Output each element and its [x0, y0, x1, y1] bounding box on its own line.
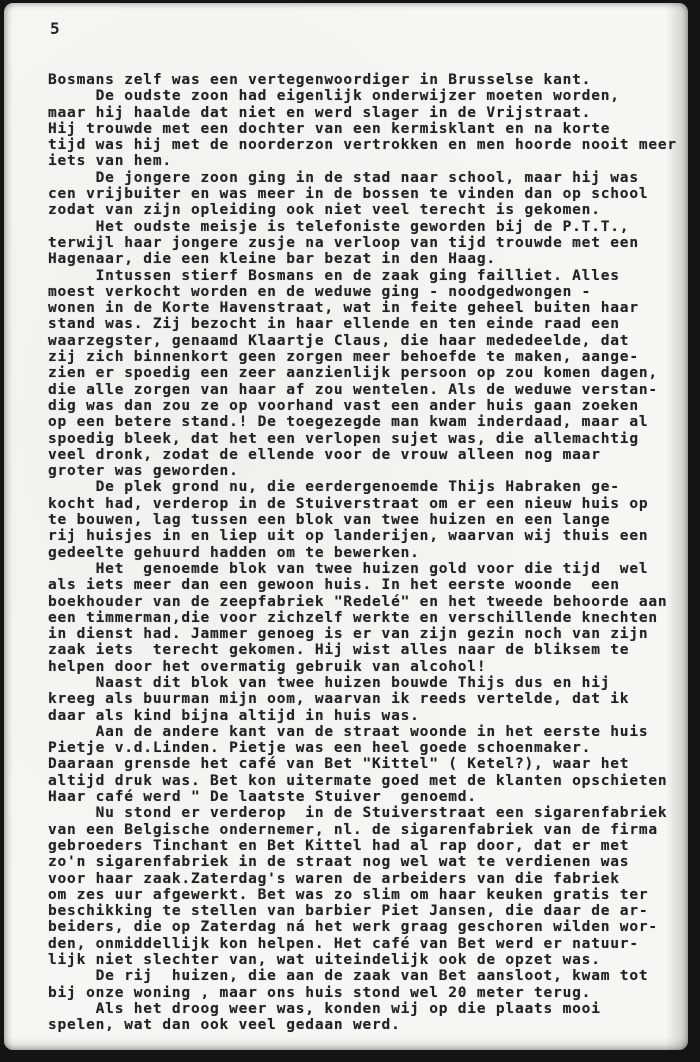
- text-line: Hagenaar, die een kleine bar bezat in de…: [48, 251, 684, 267]
- text-line: veel dronk, zodat de ellende voor de vro…: [48, 447, 684, 463]
- text-line: stand was. Zij bezocht in haar ellende e…: [48, 316, 684, 332]
- text-line: Als het droog weer was, konden wij op di…: [48, 1001, 684, 1017]
- text-line: Het oudste meisje is telefoniste geworde…: [48, 219, 684, 235]
- text-line: gedeelte gehuurd hadden om te bewerken.: [48, 545, 684, 561]
- text-line: die alle zorgen van haar af zou wentelen…: [48, 382, 684, 398]
- text-line: Intussen stierf Bosmans en de zaak ging …: [48, 268, 684, 284]
- text-line: spelen, wat dan ook veel gedaan werd.: [48, 1017, 684, 1033]
- text-line: Nu stond er verderop in de Stuiverstraat…: [48, 805, 684, 821]
- text-line: op een betere stand.! De toegezegde man …: [48, 414, 684, 430]
- text-line: wonen in de Korte Havenstraat, wat in fe…: [48, 300, 684, 316]
- text-line: beschikking te stellen van barbier Piet …: [48, 903, 684, 919]
- text-line: Aan de andere kant van de straat woonde …: [48, 724, 684, 740]
- text-block: Bosmans zelf was een vertegenwoordiger i…: [48, 72, 684, 1034]
- document-page: 5 Bosmans zelf was een vertegenwoordiger…: [4, 3, 688, 1050]
- text-line: moest verkocht worden en de weduwe ging …: [48, 284, 684, 300]
- text-line: om zes uur afgewerkt. Bet was zo slim om…: [48, 887, 684, 903]
- text-line: waarzegster, genaamd Klaartje Claus, die…: [48, 333, 684, 349]
- text-line: een timmerman,die voor zichzelf werkte e…: [48, 610, 684, 626]
- text-line: Naast dit blok van twee huizen bouwde Th…: [48, 675, 684, 691]
- text-line: spoedig bleek, dat het een verlopen suje…: [48, 431, 684, 447]
- text-line: zien er spoedig een zeer aanzienlijk per…: [48, 365, 684, 381]
- text-line: te bouwen, lag tussen een blok van twee …: [48, 512, 684, 528]
- text-line: als iets meer dan een gewoon huis. In he…: [48, 577, 684, 593]
- text-line: Bosmans zelf was een vertegenwoordiger i…: [48, 72, 684, 88]
- text-line: boekhouder van de zeepfabriek "Redelé" e…: [48, 594, 684, 610]
- text-line: lijk niet slechter van, wat uiteindelijk…: [48, 952, 684, 968]
- text-line: Haar café werd " De laatste Stuiver geno…: [48, 789, 684, 805]
- text-line: kocht had, verderop in de Stuiverstraat …: [48, 496, 684, 512]
- text-line: altijd druk was. Bet kon uitermate goed …: [48, 773, 684, 789]
- text-line: kreeg als buurman mijn oom, waarvan ik r…: [48, 691, 684, 707]
- text-line: De plek grond nu, die eerdergenoemde Thi…: [48, 479, 684, 495]
- text-line: Hij trouwde met een dochter van een kerm…: [48, 121, 684, 137]
- text-line: De rij huizen, die aan de zaak van Bet a…: [48, 968, 684, 984]
- text-line: zo'n sigarenfabriek in de straat nog wel…: [48, 854, 684, 870]
- text-line: tijd was hij met de noorderzon vertrokke…: [48, 137, 684, 153]
- text-line: groter was geworden.: [48, 463, 684, 479]
- text-line: zaak iets terecht gekomen. Hij wist alle…: [48, 642, 684, 658]
- text-line: voor haar zaak.Zaterdag's waren de arbei…: [48, 871, 684, 887]
- page-number: 5: [50, 19, 60, 38]
- text-line: Het genoemde blok van twee huizen gold v…: [48, 561, 684, 577]
- text-line: rij huisjes in en liep uit op landerijen…: [48, 528, 684, 544]
- text-line: iets van hem.: [48, 153, 684, 169]
- text-line: Pietje v.d.Linden. Pietje was een heel g…: [48, 740, 684, 756]
- text-line: maar hij haalde dat niet en werd slager …: [48, 105, 684, 121]
- text-line: zodat van zijn opleiding ook niet veel t…: [48, 202, 684, 218]
- text-line: dig was dan zou ze op voorhand vast een …: [48, 398, 684, 414]
- text-line: gebroeders Tinchant en Bet Kittel had al…: [48, 838, 684, 854]
- text-line: van een Belgische ondernemer, nl. de sig…: [48, 822, 684, 838]
- text-line: terwijl haar jongere zusje na verloop va…: [48, 235, 684, 251]
- text-line: bij onze woning , maar ons huis stond we…: [48, 985, 684, 1001]
- text-line: Daaraan grensde het café van Bet "Kittel…: [48, 756, 684, 772]
- text-line: beiders, die op Zaterdag ná het werk gra…: [48, 919, 684, 935]
- scan-frame: 5 Bosmans zelf was een vertegenwoordiger…: [0, 0, 700, 1062]
- text-line: in dienst had. Jammer genoeg is er van z…: [48, 626, 684, 642]
- text-line: De oudste zoon had eigenlijk onderwijzer…: [48, 88, 684, 104]
- text-line: helpen door het overmatig gebruik van al…: [48, 659, 684, 675]
- text-line: De jongere zoon ging in de stad naar sch…: [48, 170, 684, 186]
- text-line: cen vrijbuiter en was meer in de bossen …: [48, 186, 684, 202]
- text-line: den, onmiddellijk kon helpen. Het café v…: [48, 936, 684, 952]
- text-line: daar als kind bijna altijd in huis was.: [48, 708, 684, 724]
- text-line: zij zich binnenkort geen zorgen meer beh…: [48, 349, 684, 365]
